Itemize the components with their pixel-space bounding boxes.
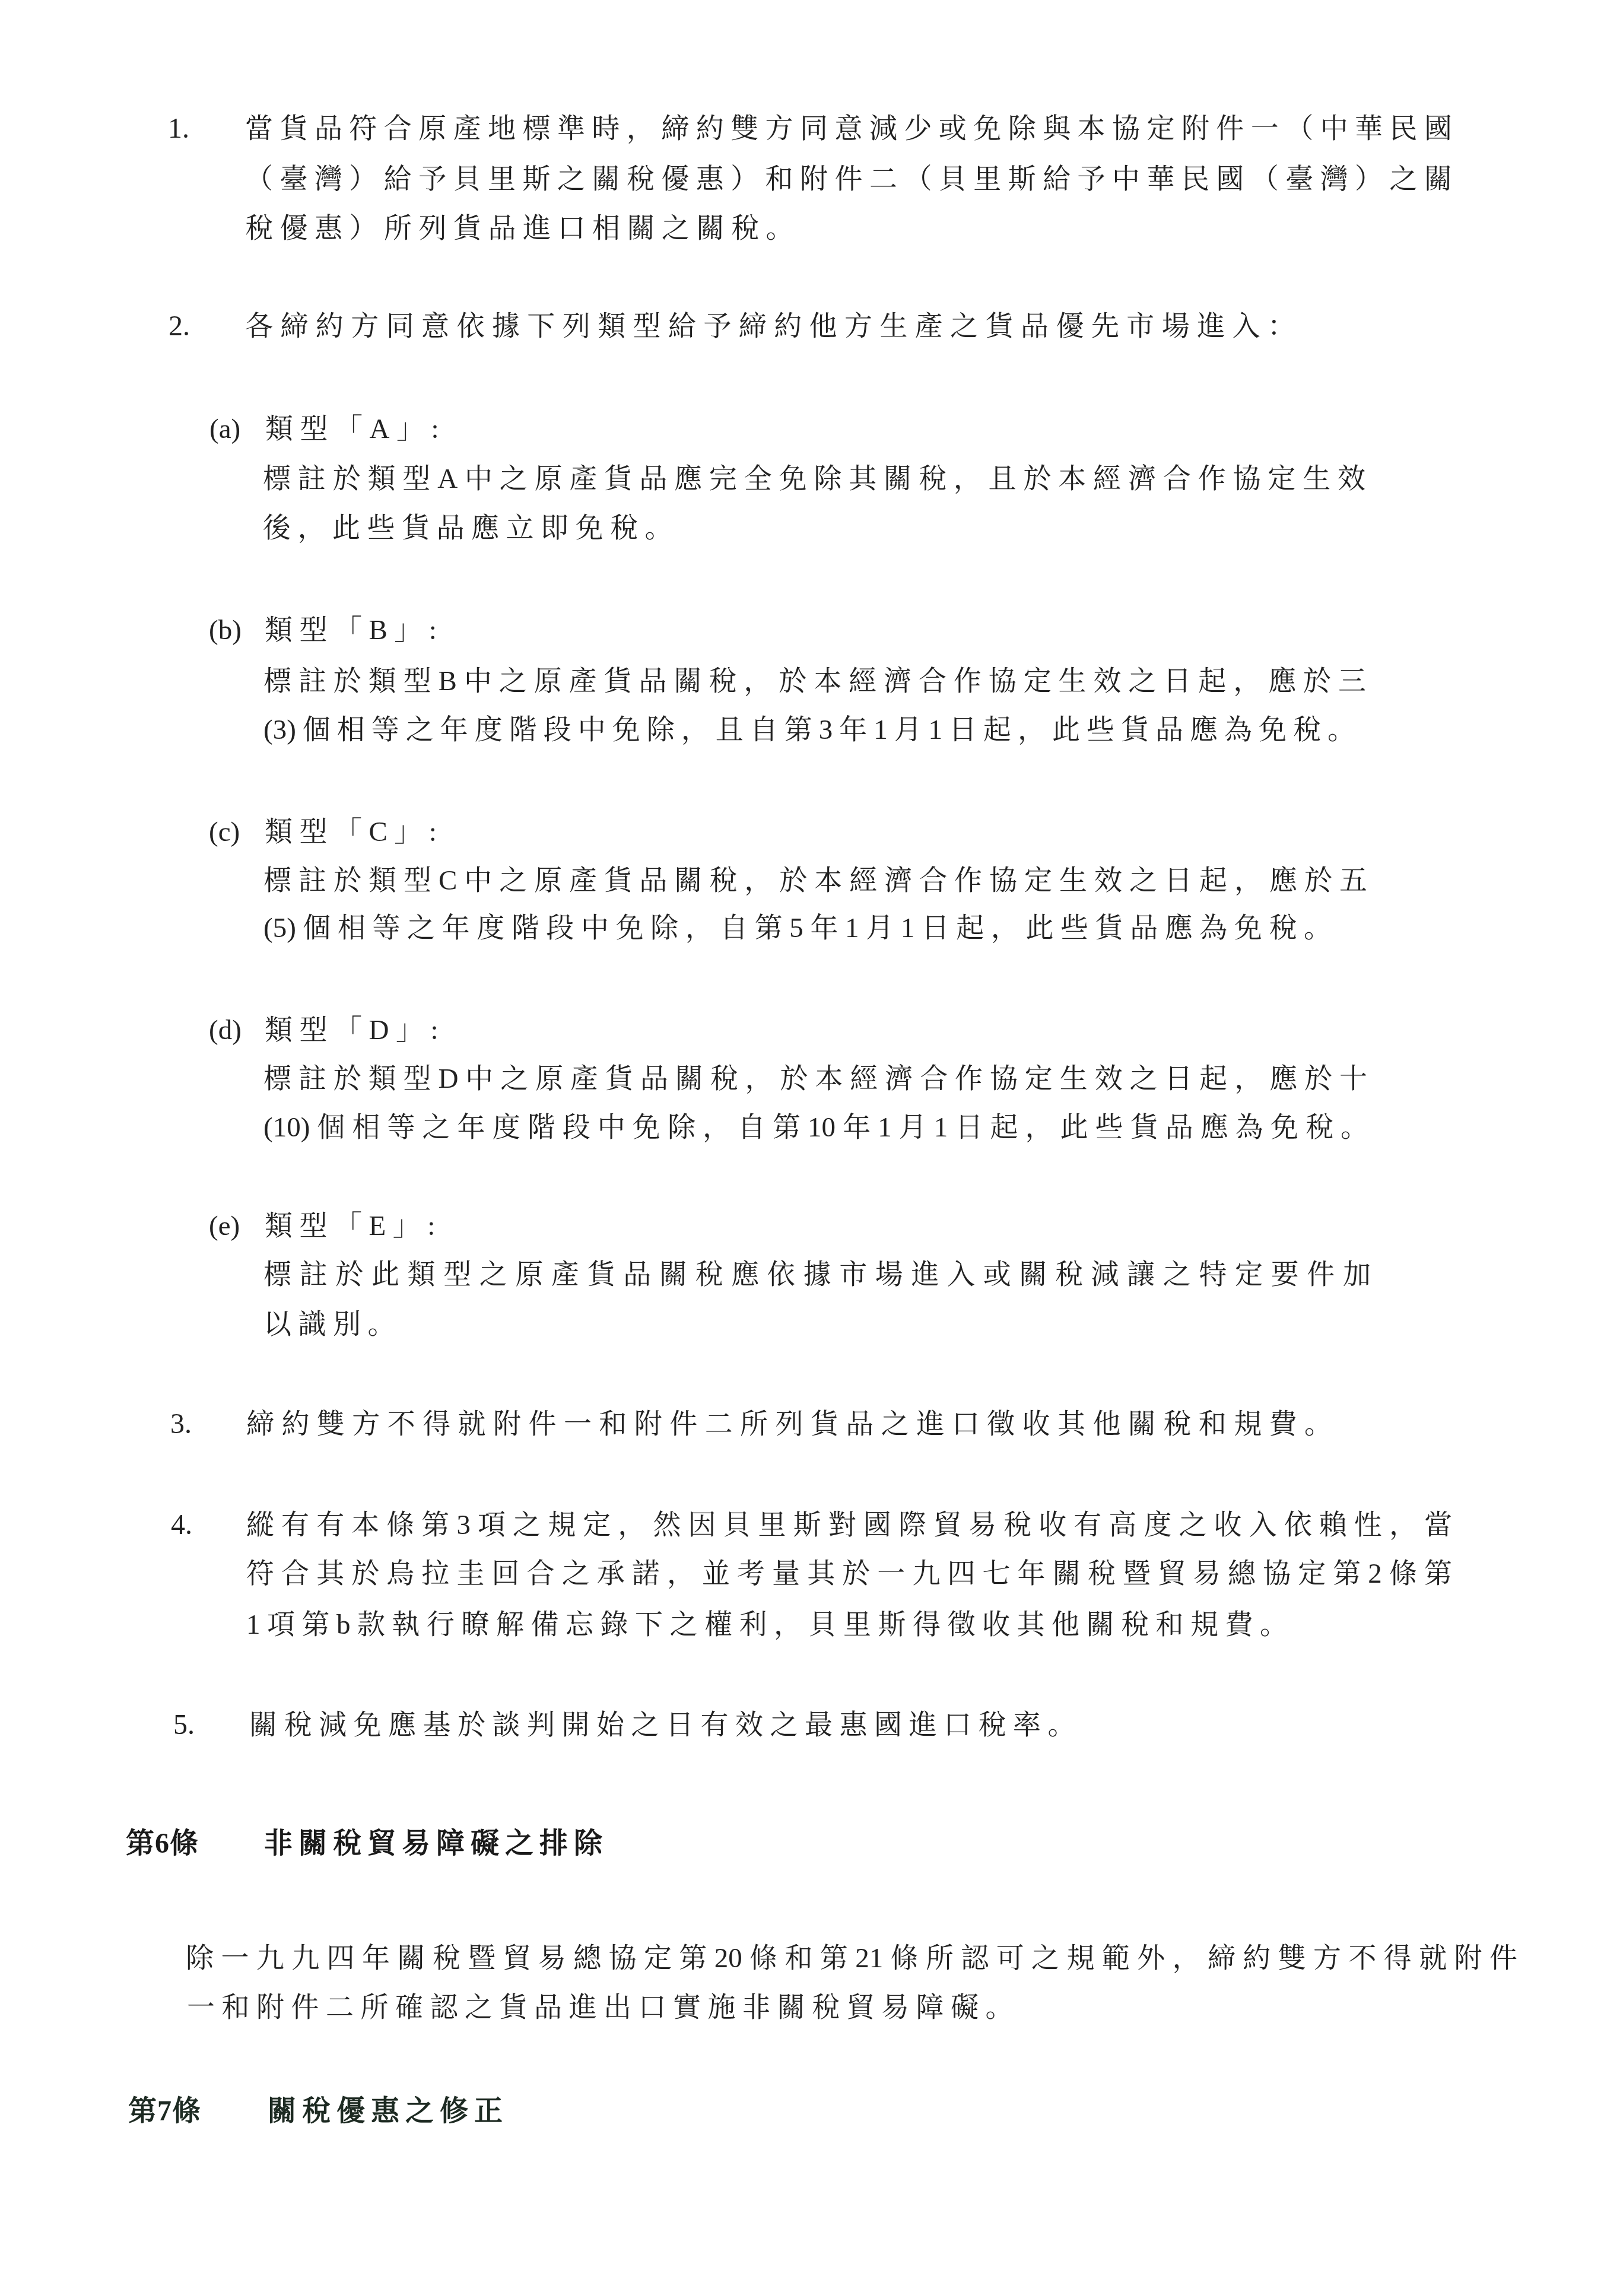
subitem-label: (e) bbox=[209, 1208, 240, 1244]
article-title: 非關稅貿易障礙之排除 bbox=[264, 1826, 608, 1862]
subitem-text-line: 以識別。 bbox=[263, 1307, 402, 1342]
item-number: 3. bbox=[170, 1406, 192, 1442]
subitem-text-line: (10)個相等之年度階段中免除，自第10年1月1日起，此些貨品應為免稅。 bbox=[263, 1110, 1368, 1145]
subitem-text-line: 標註於類型B中之原產貨品關稅，於本經濟合作協定生效之日起，應於三 bbox=[263, 663, 1366, 699]
subitem-label: (c) bbox=[209, 814, 240, 850]
subitem-title: 類型「C」: bbox=[265, 814, 443, 850]
item-text-line: 稅優惠）所列貨品進口相關之關稅。 bbox=[245, 211, 801, 246]
subitem-text-line: 標註於類型C中之原產貨品關稅，於本經濟合作協定生效之日起，應於五 bbox=[263, 863, 1367, 898]
item-text-line: 締約雙方不得就附件一和附件二所列貨品之進口徵收其他關稅和規費。 bbox=[246, 1406, 1332, 1442]
item-number: 5. bbox=[173, 1707, 195, 1743]
subitem-title: 類型「A」: bbox=[265, 411, 446, 447]
item-text-line: 當貨品符合原產地標準時，締約雙方同意減少或免除與本協定附件一（中華民國 bbox=[245, 111, 1452, 147]
item-number: 2. bbox=[169, 309, 190, 344]
subitem-text-line: (5)個相等之年度階段中免除，自第5年1月1日起，此些貨品應為免稅。 bbox=[263, 910, 1332, 946]
subitem-title: 類型「D」: bbox=[265, 1012, 445, 1048]
subitem-text-line: 標註於此類型之原產貨品關稅應依據市場進入或關稅減讓之特定要件加 bbox=[263, 1257, 1371, 1293]
item-text-line: 各締約方同意依據下列類型給予締約他方生產之貨品優先市場進入： bbox=[245, 309, 1295, 344]
article-number: 第6條 bbox=[126, 1826, 199, 1862]
article-paragraph-line: 除一九九四年關稅暨貿易總協定第20條和第21條所認可之規範外，締約雙方不得就附件 bbox=[186, 1941, 1517, 1976]
item-text-line: （臺灣）給予貝里斯之關稅優惠）和附件二（貝里斯給予中華民國（臺灣）之關 bbox=[245, 161, 1452, 197]
subitem-label: (d) bbox=[209, 1012, 242, 1048]
subitem-title: 類型「E」: bbox=[265, 1208, 442, 1244]
subitem-text-line: 標註於類型D中之原產貨品關稅，於本經濟合作協定生效之日起，應於十 bbox=[263, 1061, 1367, 1097]
item-text-line: 1項第b款執行瞭解備忘錄下之權利，貝里斯得徵收其他關稅和規費。 bbox=[246, 1607, 1295, 1643]
subitem-label: (b) bbox=[209, 612, 242, 648]
article-title: 關稅優惠之修正 bbox=[268, 2094, 509, 2129]
item-text-line: 關稅減免應基於談判開始之日有效之最惠國進口稅率。 bbox=[249, 1707, 1082, 1743]
document-page: 1. 當貨品符合原產地標準時，締約雙方同意減少或免除與本協定附件一（中華民國 （… bbox=[0, 0, 1604, 2296]
subitem-label: (a) bbox=[209, 411, 240, 447]
article-number: 第7條 bbox=[128, 2094, 201, 2129]
subitem-text-line: 標註於類型A中之原產貨品應完全免除其關稅，且於本經濟合作協定生效 bbox=[263, 461, 1365, 497]
subitem-text-line: 後，此些貨品應立即免稅。 bbox=[263, 510, 679, 546]
subitem-text-line: (3)個相等之年度階段中免除，且自第3年1月1日起，此些貨品應為免稅。 bbox=[263, 712, 1355, 748]
item-text-line: 符合其於烏拉圭回合之承諾，並考量其於一九四七年關稅暨貿易總協定第2條第 bbox=[246, 1556, 1452, 1592]
article-paragraph-line: 一和附件二所確認之貨品進出口實施非關稅貿易障礙。 bbox=[187, 1990, 1020, 2025]
item-text-line: 縱有有本條第3項之規定，然因貝里斯對國際貿易稅收有高度之收入依賴性，當 bbox=[246, 1507, 1452, 1543]
item-number: 4. bbox=[171, 1507, 192, 1543]
subitem-title: 類型「B」: bbox=[265, 612, 443, 648]
item-number: 1. bbox=[168, 111, 189, 147]
